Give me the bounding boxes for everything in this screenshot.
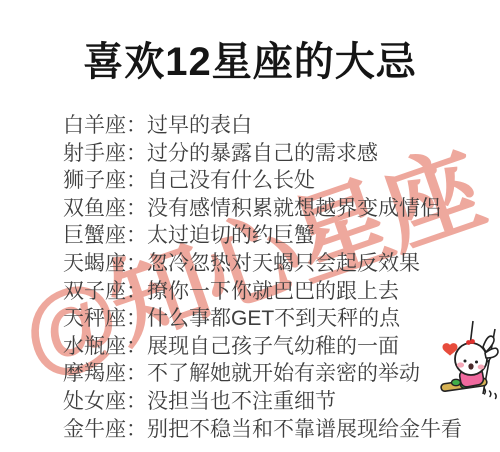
- zodiac-sign: 双子座: [63, 280, 126, 303]
- zodiac-sign: 双鱼座: [63, 197, 126, 220]
- zodiac-taboo-text: 不了解她就开始有亲密的举动: [147, 362, 420, 385]
- bunny-cheek-icon: [478, 365, 485, 370]
- page-title: 喜欢12星座的大忌: [0, 38, 500, 86]
- zodiac-colon: ：: [126, 169, 147, 192]
- zodiac-colon: ：: [126, 335, 147, 358]
- bunny-cheek-icon: [457, 362, 464, 367]
- bunny-mouth-icon: [468, 363, 473, 369]
- list-item: 巨蟹座：太过迫切的约巨蟹: [63, 222, 500, 250]
- zodiac-taboo-text: 太过迫切的约巨蟹: [147, 224, 315, 247]
- zodiac-taboo-text: 忽冷忽热对天蝎只会起反效果: [147, 252, 420, 275]
- zodiac-sign: 巨蟹座: [63, 224, 126, 247]
- zodiac-taboo-text: 过分的暴露自己的需求感: [147, 142, 378, 165]
- bunny-eye-icon: [475, 361, 478, 364]
- zodiac-colon: ：: [126, 362, 147, 385]
- zodiac-colon: ：: [126, 252, 147, 275]
- list-item: 双子座：撩你一下你就巴巴的跟上去: [63, 278, 500, 306]
- zodiac-colon: ：: [126, 224, 147, 247]
- zodiac-sign: 射手座: [63, 142, 126, 165]
- list-item: 白羊座：过早的表白: [63, 112, 500, 140]
- zodiac-taboo-text: 过早的表白: [147, 114, 252, 137]
- zodiac-taboo-text: 撩你一下你就巴巴的跟上去: [147, 280, 399, 303]
- zodiac-sign: 水瓶座: [63, 335, 126, 358]
- zodiac-sign: 白羊座: [63, 114, 126, 137]
- bunny-shoe-icon: [452, 379, 461, 385]
- zodiac-colon: ：: [126, 390, 147, 413]
- zodiac-colon: ：: [126, 307, 147, 330]
- zodiac-colon: ：: [126, 280, 147, 303]
- motion-ticks-icon: [484, 388, 496, 399]
- zodiac-sign: 狮子座: [63, 169, 126, 192]
- bunny-eye-icon: [464, 360, 467, 363]
- zodiac-colon: ：: [126, 197, 147, 220]
- bunny-bow-icon: [470, 339, 475, 344]
- zodiac-poster: @知心星座 喜欢12星座的大忌 白羊座：过早的表白 射手座：过分的暴露自己的需求…: [0, 0, 500, 452]
- zodiac-colon: ：: [126, 418, 147, 441]
- zodiac-sign: 天秤座: [63, 307, 126, 330]
- zodiac-taboo-text: 展现自己孩子气幼稚的一面: [147, 335, 399, 358]
- zodiac-colon: ：: [126, 142, 147, 165]
- list-item: 狮子座：自己没有什么长处: [63, 167, 500, 195]
- zodiac-taboo-text: 没有感情积累就想越界变成情侣: [147, 197, 441, 220]
- zodiac-sign: 金牛座: [63, 418, 126, 441]
- list-item: 天蝎座：忽冷忽热对天蝎只会起反效果: [63, 250, 500, 278]
- zodiac-taboo-text: 什么事都GET不到天秤的点: [147, 307, 400, 330]
- list-item: 射手座：过分的暴露自己的需求感: [63, 140, 500, 168]
- list-item: 双鱼座：没有感情积累就想越界变成情侣: [63, 195, 500, 223]
- zodiac-sign: 摩羯座: [63, 362, 126, 385]
- zodiac-sign: 天蝎座: [63, 252, 126, 275]
- zodiac-sign: 处女座: [63, 390, 126, 413]
- zodiac-taboo-text: 别把不稳当和不靠谱展现给金牛看: [147, 418, 462, 441]
- zodiac-taboo-text: 没担当也不注重细节: [147, 390, 336, 413]
- zodiac-colon: ：: [126, 114, 147, 137]
- zodiac-taboo-text: 自己没有什么长处: [147, 169, 315, 192]
- bunny-bow-icon: [466, 340, 471, 345]
- bunny-head-icon: [455, 343, 487, 375]
- bunny-on-swing-illustration: [420, 315, 500, 420]
